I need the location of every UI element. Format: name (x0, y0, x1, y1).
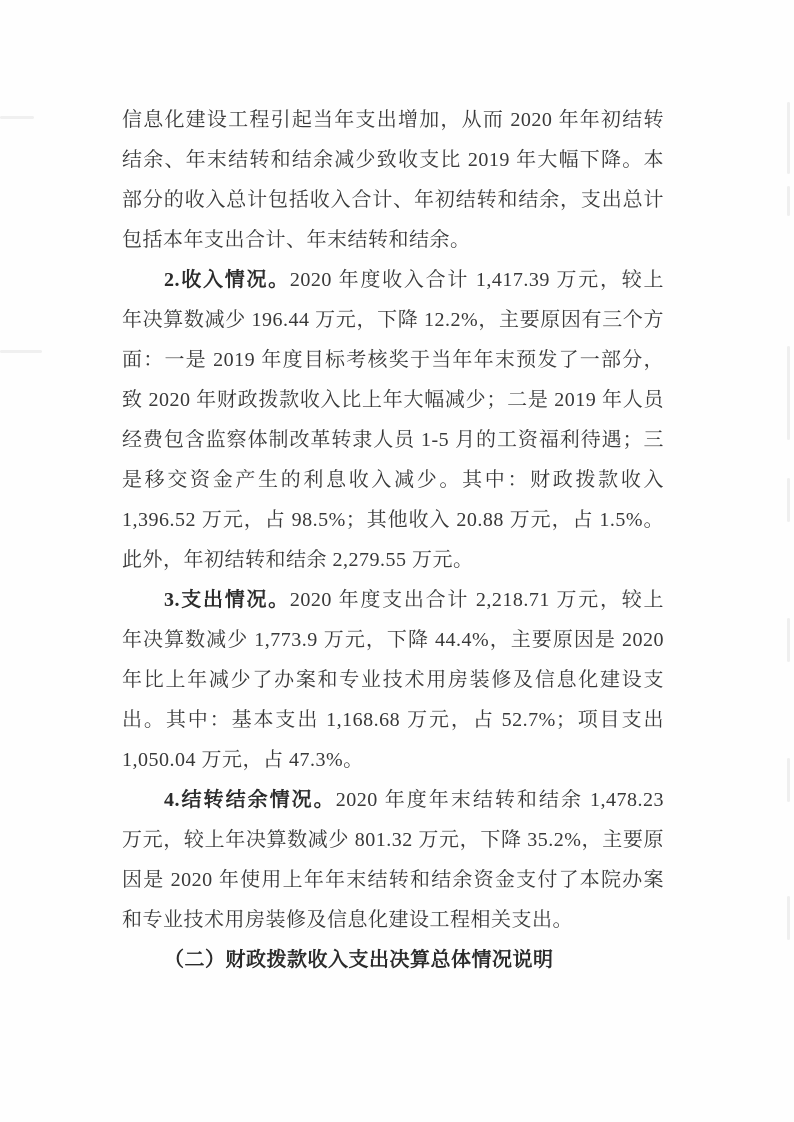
scan-artifact (787, 618, 790, 662)
text-line: 部分的收入总计包括收入合计、年初结转和结余，支出总计 (122, 180, 664, 220)
document-text-block: 信息化建设工程引起当年支出增加，从而 2020 年年初结转和结余、年末结转和结余… (122, 100, 664, 980)
text-line: 3.支出情况。2020 年度支出合计 2,218.71 万元，较上 (122, 580, 664, 620)
text-segment: 此外，年初结转和结余 2,279.55 万元。 (122, 549, 474, 571)
text-line: 信息化建设工程引起当年支出增加，从而 2020 年年初结转和 (122, 100, 664, 140)
text-segment: 部分的收入总计包括收入合计、年初结转和结余，支出总计 (122, 189, 664, 211)
text-line: 1,396.52 万元，占 98.5%；其他收入 20.88 万元，占 1.5%… (122, 500, 664, 540)
scan-artifact (0, 116, 34, 119)
text-segment: 万元，较上年决算数减少 801.32 万元，下降 35.2%，主要原 (122, 829, 664, 851)
text-segment: 致 2020 年财政拨款收入比上年大幅减少；二是 2019 年人员 (122, 389, 664, 411)
text-line: 因是 2020 年使用上年年末结转和结余资金支付了本院办案 (122, 860, 664, 900)
text-line: 经费包含监察体制改革转隶人员 1-5 月的工资福利待遇；三 (122, 420, 664, 460)
text-segment: 包括本年支出合计、年末结转和结余。 (122, 229, 471, 251)
text-line: 和专业技术用房装修及信息化建设工程相关支出。 (122, 900, 664, 940)
text-line: 致 2020 年财政拨款收入比上年大幅减少；二是 2019 年人员 (122, 380, 664, 420)
text-line: 4.结转结余情况。2020 年度年末结转和结余 1,478.23 (122, 780, 664, 820)
text-segment: 1,396.52 万元，占 98.5%；其他收入 20.88 万元，占 1.5%… (122, 509, 664, 531)
text-segment: 是移交资金产生的利息收入减少。其中：财政拨款收入 (122, 469, 664, 491)
text-segment: 1,050.04 万元，占 47.3%。 (122, 749, 364, 771)
scan-artifact (787, 102, 790, 174)
scan-artifact (787, 186, 790, 216)
text-segment: 2020 年度收入合计 1,417.39 万元，较上 (290, 269, 664, 291)
text-line: 年决算数减少 196.44 万元，下降 12.2%，主要原因有三个方 (122, 300, 664, 340)
text-line: 结余、年末结转和结余减少致收支比 2019 年大幅下降。本 (122, 140, 664, 180)
scan-artifact (787, 478, 790, 522)
bold-text-segment: （二）财政拨款收入支出决算总体情况说明 (164, 949, 554, 971)
text-segment: 年决算数减少 1,773.9 万元，下降 44.4%，主要原因是 2020 (122, 629, 664, 651)
scan-artifact (787, 758, 790, 802)
text-segment: 2020 年度年末结转和结余 1,478.23 (336, 789, 664, 811)
text-segment: 和专业技术用房装修及信息化建设工程相关支出。 (122, 909, 573, 931)
scan-artifact (0, 350, 42, 353)
bold-text-segment: 3.支出情况。 (164, 589, 290, 611)
text-line: 1,050.04 万元，占 47.3%。 (122, 740, 664, 780)
text-segment: 面：一是 2019 年度目标考核奖于当年年末预发了一部分， (122, 349, 664, 371)
bold-text-segment: 2.收入情况。 (164, 269, 290, 291)
text-line: 面：一是 2019 年度目标考核奖于当年年末预发了一部分， (122, 340, 664, 380)
scan-artifact (787, 346, 790, 440)
document-page: 信息化建设工程引起当年支出增加，从而 2020 年年初结转和结余、年末结转和结余… (0, 0, 794, 1122)
text-line: 2.收入情况。2020 年度收入合计 1,417.39 万元，较上 (122, 260, 664, 300)
bold-text-segment: 4.结转结余情况。 (164, 789, 336, 811)
text-line: 年决算数减少 1,773.9 万元，下降 44.4%，主要原因是 2020 (122, 620, 664, 660)
text-line: （二）财政拨款收入支出决算总体情况说明 (122, 940, 664, 980)
text-line: 此外，年初结转和结余 2,279.55 万元。 (122, 540, 664, 580)
text-line: 年比上年减少了办案和专业技术用房装修及信息化建设支 (122, 660, 664, 700)
text-segment: 年决算数减少 196.44 万元，下降 12.2%，主要原因有三个方 (122, 309, 664, 331)
text-segment: 因是 2020 年使用上年年末结转和结余资金支付了本院办案 (122, 869, 664, 891)
text-line: 是移交资金产生的利息收入减少。其中：财政拨款收入 (122, 460, 664, 500)
text-segment: 出。其中：基本支出 1,168.68 万元，占 52.7%；项目支出 (122, 709, 664, 731)
text-segment: 信息化建设工程引起当年支出增加，从而 2020 年年初结转和 (122, 109, 664, 140)
text-line: 出。其中：基本支出 1,168.68 万元，占 52.7%；项目支出 (122, 700, 664, 740)
text-line: 包括本年支出合计、年末结转和结余。 (122, 220, 664, 260)
text-segment: 结余、年末结转和结余减少致收支比 2019 年大幅下降。本 (122, 149, 664, 171)
text-segment: 经费包含监察体制改革转隶人员 1-5 月的工资福利待遇；三 (122, 429, 664, 451)
scan-artifact (787, 896, 790, 940)
text-segment: 年比上年减少了办案和专业技术用房装修及信息化建设支 (122, 669, 664, 691)
text-line: 万元，较上年决算数减少 801.32 万元，下降 35.2%，主要原 (122, 820, 664, 860)
text-segment: 2020 年度支出合计 2,218.71 万元，较上 (290, 589, 664, 611)
